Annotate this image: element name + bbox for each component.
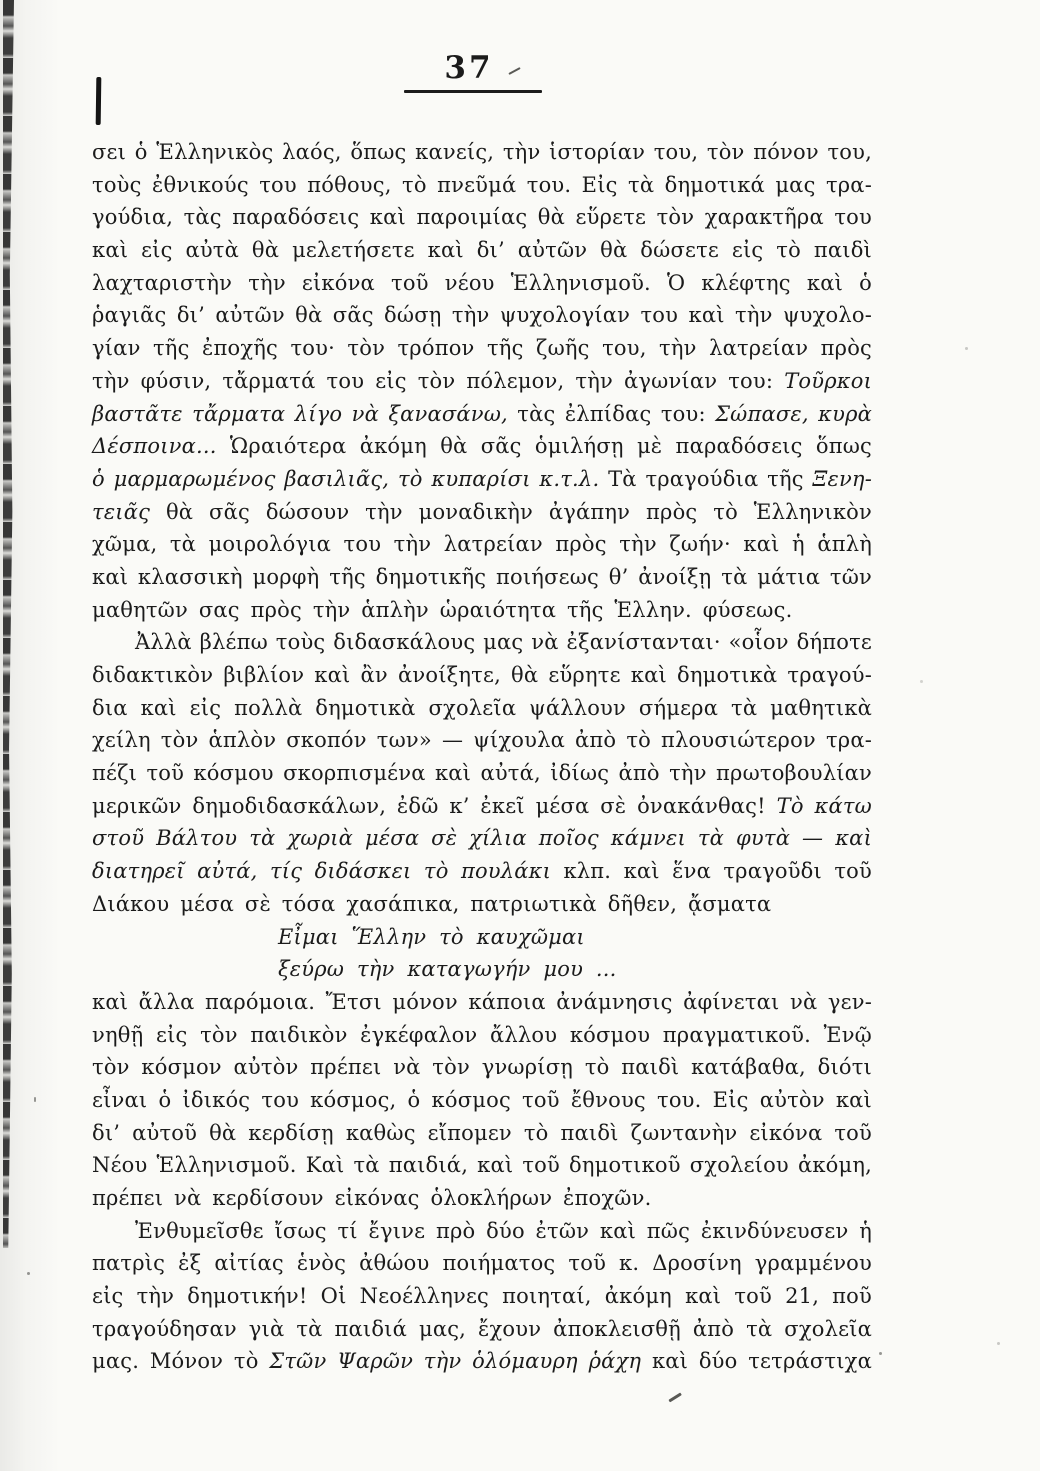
text-segment: Στῶν Ψαρῶν τὴν ὁλόμαυρη ῥάχη bbox=[269, 1349, 641, 1373]
text-segment: τειᾶς bbox=[92, 500, 150, 524]
text-segment: πρέπει νὰ κερδίσουν εἰκόνας ὁλοκλήρων ἐπ… bbox=[92, 1186, 651, 1210]
paper-speck bbox=[920, 680, 923, 683]
text-segment: δια καὶ εἰς πολλὰ δημοτικὰ σχολεῖα ψάλλο… bbox=[92, 696, 872, 720]
text-line: μας. Μόνον τὸ Στῶν Ψαρῶν τὴν ὁλόμαυρη ῥά… bbox=[92, 1345, 872, 1378]
text-segment: Νέου Ἑλληνισμοῦ. Καὶ τὰ παιδιά, καὶ τοῦ … bbox=[92, 1153, 872, 1177]
header-rule bbox=[404, 90, 542, 93]
text-segment: νηθῇ εἰς τὸν παιδικὸν ἐγκέφαλον ἄλλου κό… bbox=[92, 1023, 872, 1047]
text-segment: εἰς τὴν δημοτικήν! Οἱ Νεοέλληνες ποιηταί… bbox=[92, 1284, 872, 1308]
text-line: στοῦ Βάλτου τὰ χωριὰ μέσα σὲ χίλια ποῖος… bbox=[92, 822, 872, 855]
text-segment: Εἶμαι Ἕλλην τὸ καυχῶμαι bbox=[278, 925, 585, 949]
text-line: διδακτικὸν βιβλίον καὶ ἂν ἀνοίξητε, θὰ ε… bbox=[92, 659, 872, 692]
text-line: καὶ εἰς αὐτὰ θὰ μελετήσετε καὶ δι’ αὐτῶν… bbox=[92, 234, 872, 267]
text-segment: γίαν τῆς ἐποχῆς του· τὸν τρόπον τῆς ζωῆς… bbox=[92, 336, 872, 360]
text-segment: καὶ εἰς αὐτὰ θὰ μελετήσετε καὶ δι’ αὐτῶν… bbox=[92, 238, 872, 262]
page-number: 37 bbox=[444, 50, 493, 86]
text-line: εἰς τὴν δημοτικήν! Οἱ Νεοέλληνες ποιηταί… bbox=[92, 1280, 872, 1313]
text-segment: τὸν κόσμον αὐτὸν πρέπει νὰ τὸν γνωρίσῃ τ… bbox=[92, 1055, 872, 1079]
paper-speck bbox=[27, 1272, 30, 1275]
page-text: σει ὁ Ἑλληνικὸς λαός, ὅπως κανείς, τὴν ἱ… bbox=[92, 136, 872, 1378]
text-line: βαστᾶτε τἄρματα λίγο νὰ ξανασάνω, τὰς ἐλ… bbox=[92, 398, 872, 431]
text-line: μερικῶν δημοδιδασκάλων, ἐδῶ κ’ ἐκεῖ μέσα… bbox=[92, 790, 872, 823]
text-segment: Τοῦρκοι bbox=[784, 369, 872, 393]
text-segment: τοὺς ἐθνικούς του πόθους, τὸ πνεῦμά του.… bbox=[92, 173, 872, 197]
text-line: χῶμα, τὰ μοιρολόγια του τὴν λατρείαν πρὸ… bbox=[92, 528, 872, 561]
paper-speck bbox=[34, 1097, 36, 1102]
text-segment: Διάκου μέσα σὲ τόσα χασάπικα, πατριωτικὰ… bbox=[92, 892, 771, 916]
paper-speck bbox=[997, 1342, 1000, 1345]
paper-speck bbox=[879, 1352, 882, 1355]
text-line: ῥαγιᾶς δι’ αὐτῶν θὰ σᾶς δώσῃ τὴν ψυχολογ… bbox=[92, 299, 872, 332]
text-line: διατηρεῖ αὐτά, τίς διδάσκει τὸ πουλάκι κ… bbox=[92, 855, 872, 888]
text-line: τειᾶς θὰ σᾶς δώσουν τὴν μοναδικὴν ἀγάπην… bbox=[92, 496, 872, 529]
text-line: Ἀλλὰ βλέπω τοὺς διδασκάλους μας νὰ ἐξανί… bbox=[92, 626, 872, 659]
text-segment: κλπ. καὶ ἕνα τραγοῦδι τοῦ bbox=[551, 859, 872, 883]
text-segment: ὁ μαρμαρωμένος βασιλιᾶς, τὸ κυπαρίσι κ.τ… bbox=[92, 467, 599, 491]
text-line: χείλη τὸν ἁπλὸν σκοπόν των» — ψίχουλα ἀπ… bbox=[92, 724, 872, 757]
text-line: Δέσποινα... Ὡραιότερα ἀκόμη θὰ σᾶς ὁμιλή… bbox=[92, 430, 872, 463]
text-segment: Σώπασε, κυρὰ bbox=[715, 402, 872, 426]
text-segment: διδακτικὸν βιβλίον καὶ ἂν ἀνοίξητε, θὰ ε… bbox=[92, 663, 872, 687]
text-segment: Ὡραιότερα ἀκόμη θὰ σᾶς ὁμιλήσῃ μὲ παραδό… bbox=[217, 434, 872, 458]
text-segment: σει ὁ Ἑλληνικὸς λαός, ὅπως κανείς, τὴν ἱ… bbox=[92, 140, 872, 164]
text-line: δια καὶ εἰς πολλὰ δημοτικὰ σχολεῖα ψάλλο… bbox=[92, 692, 872, 725]
text-segment: θὰ σᾶς δώσουν τὴν μοναδικὴν ἀγάπην πρὸς … bbox=[150, 500, 872, 524]
text-line: Διάκου μέσα σὲ τόσα χασάπικα, πατριωτικὰ… bbox=[92, 888, 872, 921]
text-segment: χείλη τὸν ἁπλὸν σκοπόν των» — ψίχουλα ἀπ… bbox=[92, 728, 872, 752]
text-segment: εἶναι ὁ ἰδικός του κόσμος, ὁ κόσμος τοῦ … bbox=[92, 1088, 872, 1112]
text-line: πρέπει νὰ κερδίσουν εἰκόνας ὁλοκλήρων ἐπ… bbox=[92, 1182, 872, 1215]
text-line: δι’ αὐτοῦ θὰ κερδίσῃ καθὼς εἴπομεν τὸ πα… bbox=[92, 1117, 872, 1150]
text-line: τραγούδησαν γιὰ τὰ παιδιά μας, ἔχουν ἀπο… bbox=[92, 1313, 872, 1346]
text-segment: καὶ κλασσικὴ μορφὴ τῆς δημοτικῆς ποιήσεω… bbox=[92, 565, 872, 589]
text-segment: καὶ ἄλλα παρόμοια. Ἔτσι μόνον κάποια ἀνά… bbox=[92, 990, 872, 1014]
paper-speck bbox=[965, 347, 968, 350]
text-line: τὴν φύσιν, τἄρματά του εἰς τὸν πόλεμον, … bbox=[92, 365, 872, 398]
text-segment: βαστᾶτε τἄρματα λίγο νὰ ξανασάνω, bbox=[92, 402, 508, 426]
text-segment: ῥαγιᾶς δι’ αὐτῶν θὰ σᾶς δώσῃ τὴν ψυχολογ… bbox=[92, 303, 872, 327]
text-segment: Τὸ κάτω bbox=[777, 794, 872, 818]
text-segment: Δέσποινα... bbox=[92, 434, 217, 458]
text-line: καὶ κλασσικὴ μορφὴ τῆς δημοτικῆς ποιήσεω… bbox=[92, 561, 872, 594]
text-line: εἶναι ὁ ἰδικός του κόσμος, ὁ κόσμος τοῦ … bbox=[92, 1084, 872, 1117]
text-segment: Ἐνθυμεῖσθε ἴσως τί ἔγινε πρὸ δύο ἐτῶν κα… bbox=[135, 1219, 872, 1243]
text-segment: μερικῶν δημοδιδασκάλων, ἐδῶ κ’ ἐκεῖ μέσα… bbox=[92, 794, 777, 818]
text-line: Ἐνθυμεῖσθε ἴσως τί ἔγινε πρὸ δύο ἐτῶν κα… bbox=[92, 1215, 872, 1248]
text-segment: ξεύρω τὴν καταγωγήν μου ... bbox=[278, 957, 617, 981]
text-segment: καὶ δύο τετράστιχα bbox=[641, 1349, 872, 1373]
text-segment: μας. Μόνον τὸ bbox=[92, 1349, 269, 1373]
text-line: καὶ ἄλλα παρόμοια. Ἔτσι μόνον κάποια ἀνά… bbox=[92, 986, 872, 1019]
text-segment: πέζι τοῦ κόσμου σκορπισμένα καὶ αὐτά, ἰδ… bbox=[92, 761, 872, 785]
page-header: 37 bbox=[92, 50, 862, 93]
text-line: τοὺς ἐθνικούς του πόθους, τὸ πνεῦμά του.… bbox=[92, 169, 872, 202]
text-segment: τὰς ἐλπίδας του: bbox=[508, 402, 715, 426]
text-segment: στοῦ Βάλτου τὰ χωριὰ μέσα σὲ χίλια ποῖος… bbox=[92, 826, 872, 850]
text-line: μαθητῶν σας πρὸς τὴν ἁπλὴν ὡραιότητα τῆς… bbox=[92, 594, 872, 627]
text-segment: διατηρεῖ αὐτά, τίς διδάσκει τὸ πουλάκι bbox=[92, 859, 551, 883]
text-segment: δι’ αὐτοῦ θὰ κερδίσῃ καθὼς εἴπομεν τὸ πα… bbox=[92, 1121, 872, 1145]
text-segment: Ἀλλὰ βλέπω τοὺς διδασκάλους μας νὰ ἐξανί… bbox=[135, 630, 872, 654]
text-segment: Τὰ τραγούδια τῆς bbox=[599, 467, 812, 491]
text-line: γούδια, τὰς παραδόσεις καὶ παροιμίας θὰ … bbox=[92, 201, 872, 234]
text-line: πέζι τοῦ κόσμου σκορπισμένα καὶ αὐτά, ἰδ… bbox=[92, 757, 872, 790]
text-segment: πατρὶς ἐξ αἰτίας ἑνὸς ἀθώου ποιήματος το… bbox=[92, 1251, 872, 1275]
text-segment: Ξενη- bbox=[813, 467, 873, 491]
text-segment: λαχταριστὴν τὴν εἰκόνα τοῦ νέου Ἑλληνισμ… bbox=[92, 271, 872, 295]
text-segment: γούδια, τὰς παραδόσεις καὶ παροιμίας θὰ … bbox=[92, 205, 872, 229]
text-line: πατρὶς ἐξ αἰτίας ἑνὸς ἀθώου ποιήματος το… bbox=[92, 1247, 872, 1280]
text-segment: τραγούδησαν γιὰ τὰ παιδιά μας, ἔχουν ἀπο… bbox=[92, 1317, 872, 1341]
text-segment: χῶμα, τὰ μοιρολόγια του τὴν λατρείαν πρὸ… bbox=[92, 532, 872, 556]
text-line: Εἶμαι Ἕλλην τὸ καυχῶμαι bbox=[92, 921, 872, 954]
text-line: λαχταριστὴν τὴν εἰκόνα τοῦ νέου Ἑλληνισμ… bbox=[92, 267, 872, 300]
bottom-ink-tick bbox=[668, 1392, 681, 1402]
text-segment: τὴν φύσιν, τἄρματά του εἰς τὸν πόλεμον, … bbox=[92, 369, 784, 393]
text-line: Νέου Ἑλληνισμοῦ. Καὶ τὰ παιδιά, καὶ τοῦ … bbox=[92, 1149, 872, 1182]
text-line: γίαν τῆς ἐποχῆς του· τὸν τρόπον τῆς ζωῆς… bbox=[92, 332, 872, 365]
text-segment: μαθητῶν σας πρὸς τὴν ἁπλὴν ὡραιότητα τῆς… bbox=[92, 598, 792, 622]
text-line: σει ὁ Ἑλληνικὸς λαός, ὅπως κανείς, τὴν ἱ… bbox=[92, 136, 872, 169]
text-line: τὸν κόσμον αὐτὸν πρέπει νὰ τὸν γνωρίσῃ τ… bbox=[92, 1051, 872, 1084]
text-line: ὁ μαρμαρωμένος βασιλιᾶς, τὸ κυπαρίσι κ.τ… bbox=[92, 463, 872, 496]
scan-gutter-edge bbox=[3, 0, 14, 1248]
text-line: νηθῇ εἰς τὸν παιδικὸν ἐγκέφαλον ἄλλου κό… bbox=[92, 1019, 872, 1052]
text-line: ξεύρω τὴν καταγωγήν μου ... bbox=[92, 953, 872, 986]
